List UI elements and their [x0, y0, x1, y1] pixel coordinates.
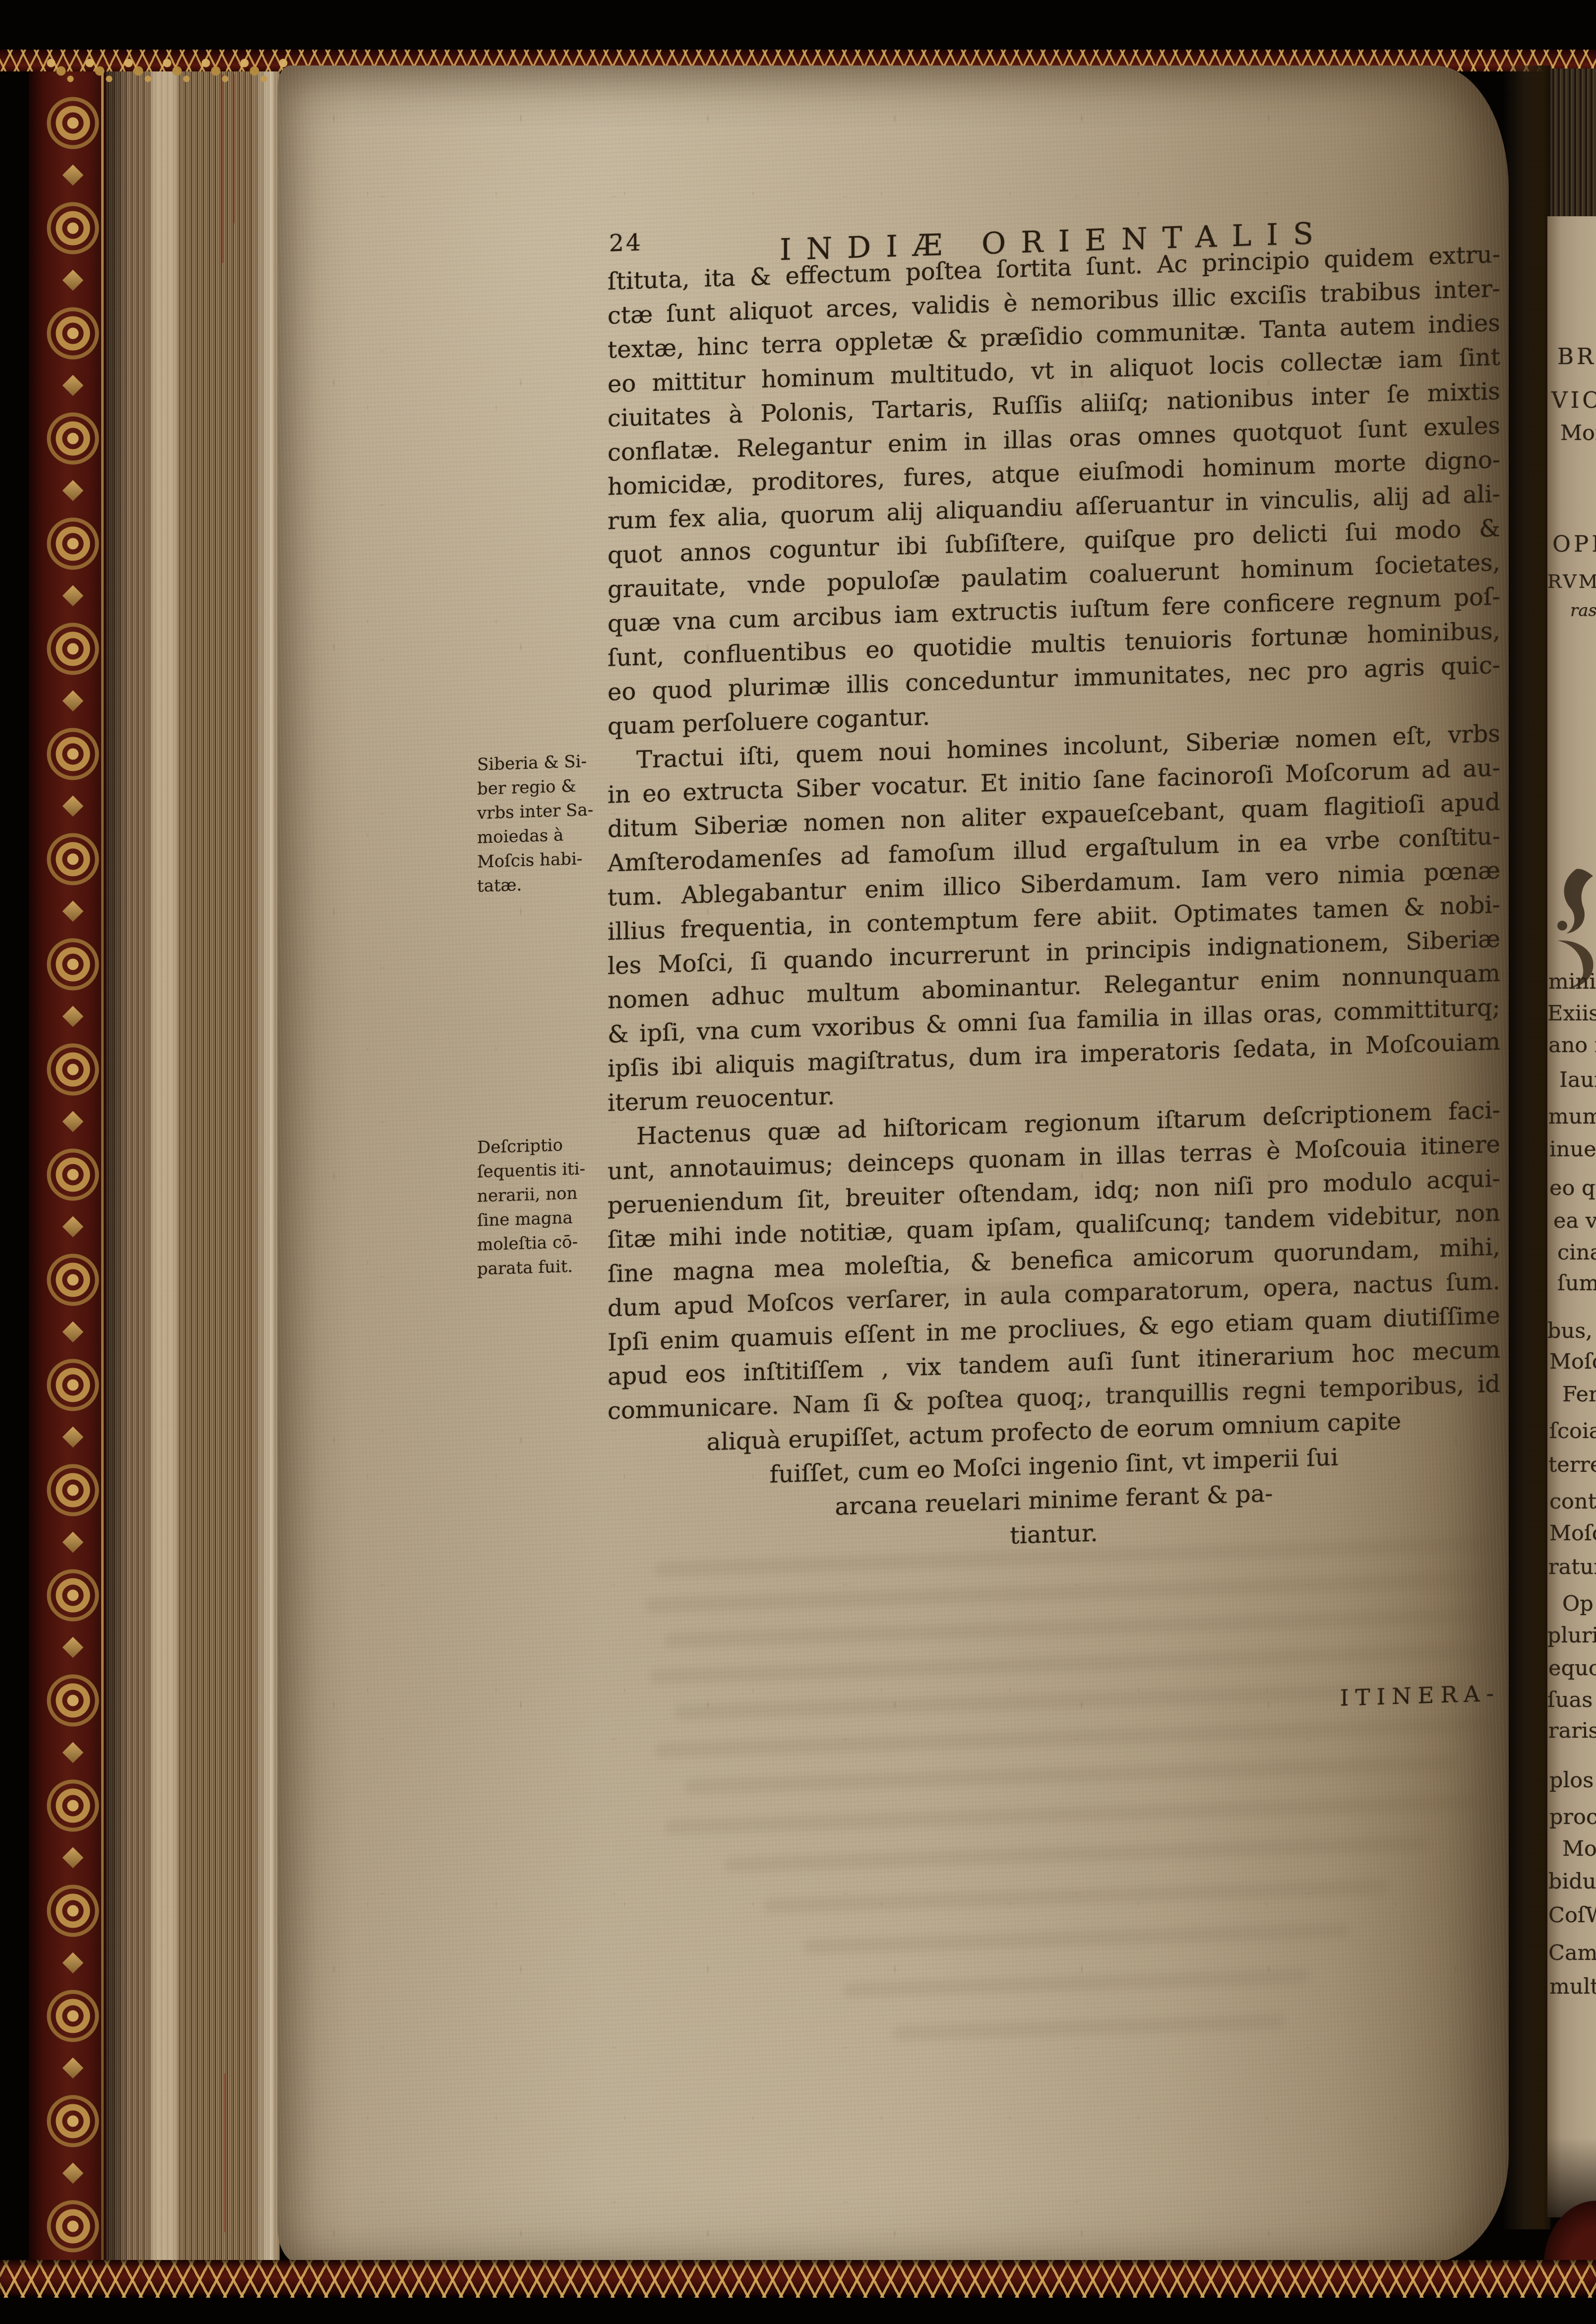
facing-page-fragment: Mo: [1562, 1836, 1596, 1861]
diamond-ornament-icon: [62, 1427, 83, 1447]
facing-page-fragment: minis,a: [1548, 969, 1596, 994]
facing-page-fragment: eo qui: [1549, 1176, 1596, 1200]
facing-page-fragment: RVM N: [1547, 570, 1596, 592]
facing-page-fragment: ano ſe: [1548, 1033, 1596, 1058]
margin-note-line: Deſcriptio: [477, 1132, 592, 1160]
ghost-line: [893, 2014, 1285, 2041]
facing-page-fragment: multur: [1549, 1974, 1596, 1999]
rosette-ornament-icon: [43, 1250, 103, 1310]
margin-note-line: Moſcis habi-: [477, 847, 592, 875]
rosette-ornament-icon: [43, 724, 103, 784]
diamond-ornament-icon: [62, 1006, 83, 1027]
rosette-ornament-icon: [43, 304, 103, 363]
margin-note-line: nerarii, non: [477, 1181, 592, 1209]
ghost-line: [764, 1880, 1389, 1913]
ghost-line: [803, 1923, 1349, 1954]
rosette-ornament-icon: [43, 1671, 103, 1730]
margin-note-descriptio: Deſcriptioſequentis iti-nerarii, nonſine…: [477, 1132, 592, 1282]
diamond-ornament-icon: [62, 1637, 83, 1658]
facing-page-fragment: Fer: [1562, 1382, 1596, 1407]
rosette-ornament-icon: [43, 514, 103, 573]
red-ruled-leaf-edge: [224, 2073, 226, 2232]
facing-page-fragment: cinas: [1557, 1240, 1596, 1265]
rosette-ornament-icon: [43, 93, 103, 153]
rosette-ornament-icon: [43, 1986, 103, 2046]
rosette-ornament-icon: [43, 1881, 103, 1941]
facing-page-fragment: ras: [1570, 601, 1596, 621]
rosette-ornament-icon: [43, 1040, 103, 1099]
facing-page-fragment: Moſco: [1549, 1521, 1596, 1546]
diamond-ornament-icon: [62, 1216, 83, 1237]
facing-page-fragment: CoſW: [1548, 1903, 1596, 1928]
rosette-ornament-icon: [43, 1355, 103, 1415]
margin-note-line: tatæ.: [477, 871, 592, 899]
book-cover-bottom-edge: [0, 2260, 1596, 2298]
diamond-ornament-icon: [62, 165, 83, 186]
facing-page-fragment: VIOR: [1551, 387, 1596, 413]
facing-page-fragment: pluribu: [1547, 1623, 1596, 1648]
ghost-line: [684, 1756, 1458, 1794]
page-stack-fore-edge: [106, 63, 280, 2264]
diamond-ornament-icon: [62, 1532, 83, 1553]
diamond-ornament-icon: [62, 270, 83, 291]
diamond-ornament-icon: [62, 2163, 83, 2184]
rosette-ornament-icon: [43, 2091, 103, 2151]
margin-note-line: moleſtia cō-: [477, 1230, 592, 1257]
facing-page-fragment: Moſc: [1560, 421, 1596, 445]
diamond-ornament-icon: [62, 796, 83, 817]
facing-page-fragment: ſum: [1557, 1271, 1596, 1296]
facing-page-fragment: Exiisd: [1547, 1001, 1596, 1026]
rosette-ornament-icon: [43, 829, 103, 889]
facing-page-fragment: bidui, t: [1548, 1869, 1596, 1894]
facing-page-top-edge: [1550, 68, 1596, 217]
diamond-ornament-icon: [62, 585, 83, 606]
margin-note-siberia: Siberia & Si-ber regio &vrbs inter Sa-mo…: [477, 750, 592, 899]
ghost-line: [843, 1968, 1309, 1998]
ghost-line: [645, 1571, 1508, 1613]
red-ruled-leaf-edge: [233, 74, 235, 223]
rosette-ornament-icon: [43, 935, 103, 994]
rosette-ornament-icon: [43, 2197, 103, 2256]
diamond-ornament-icon: [62, 1321, 83, 1342]
facing-page-fragment: ſcoian: [1549, 1419, 1596, 1444]
ghost-line: [665, 1795, 1478, 1834]
diamond-ornament-icon: [62, 901, 83, 922]
facing-page-fragment: procur: [1549, 1805, 1596, 1829]
margin-note-line: vrbs inter Sa-: [477, 798, 592, 826]
rosette-ornament-icon: [43, 619, 103, 679]
diamond-ornament-icon: [62, 375, 83, 396]
red-ruled-leaf-edge: [222, 74, 224, 263]
facing-page-fragment: equoru: [1548, 1656, 1596, 1681]
rosette-ornament-icon: [43, 1776, 103, 1835]
diamond-ornament-icon: [62, 2058, 83, 2078]
rosette-ornament-icon: [43, 1145, 103, 1204]
facing-page-fragment: Op: [1562, 1591, 1594, 1616]
ghost-line: [665, 1608, 1483, 1648]
open-page: 24 INDIÆ ORIENTALIS ſtituta, ita & effec…: [278, 65, 1509, 2264]
page-content: 24 INDIÆ ORIENTALIS ſtituta, ita & effec…: [278, 65, 1509, 2264]
diamond-ornament-icon: [62, 1111, 83, 1132]
facing-page-fragment: BRE: [1557, 343, 1596, 370]
margin-note-line: ſequentis iti-: [477, 1157, 592, 1185]
facing-page-fragment: ſuas eq: [1547, 1688, 1596, 1712]
book-cover-left-edge: [29, 50, 106, 2293]
facing-page-fragment: bus, I: [1547, 1319, 1596, 1343]
margin-note-line: Siberia & Si-: [477, 750, 592, 777]
facing-page-fragment: OPPI: [1552, 531, 1596, 557]
diamond-ornament-icon: [62, 691, 83, 711]
book-photograph: 24 INDIÆ ORIENTALIS ſtituta, ita & effec…: [0, 0, 1596, 2324]
margin-note-line: moiedas à: [477, 822, 592, 850]
margin-note-line: parata fuit.: [477, 1254, 592, 1282]
ghost-line: [724, 1836, 1428, 1872]
facing-page-fragment: ratur i: [1548, 1555, 1596, 1579]
facing-page-fragment: Camer: [1548, 1941, 1596, 1965]
diamond-ornament-icon: [62, 1847, 83, 1868]
facing-page-fragment: raris qu: [1548, 1718, 1596, 1743]
facing-page-fragment: ea ve: [1553, 1208, 1596, 1233]
gutter-bottom-leather: [1535, 2191, 1596, 2266]
margin-note-line: ber regio &: [477, 774, 592, 802]
margin-note-line: ſine magna: [477, 1205, 592, 1233]
facing-page-fragment: inuen: [1549, 1137, 1596, 1162]
facing-page-fragment: contin: [1549, 1489, 1596, 1514]
rosette-ornament-icon: [43, 198, 103, 258]
facing-page-fragment: Iaui: [1559, 1068, 1596, 1092]
gutter-shadow: [1503, 65, 1550, 2229]
facing-page-fragment: Moſc: [1549, 1349, 1596, 1374]
gilt-corner-ornament-icon: [42, 51, 312, 90]
rosette-ornament-icon: [43, 1566, 103, 1625]
facing-page-fragment: plos m: [1549, 1768, 1596, 1793]
rosette-ornament-icon: [43, 409, 103, 468]
diamond-ornament-icon: [62, 480, 83, 501]
rosette-ornament-icon: [43, 1460, 103, 1520]
ghost-line: [650, 1643, 1503, 1685]
diamond-ornament-icon: [62, 1952, 83, 1973]
facing-page-fragment: mum,: [1548, 1104, 1596, 1129]
facing-page-sliver: BREVIORMoſcOPPIRVM Nrasminis,aExiisdano …: [1547, 216, 1596, 2217]
facing-page-fragment: terreſt: [1548, 1452, 1596, 1477]
diamond-ornament-icon: [62, 1742, 83, 1763]
